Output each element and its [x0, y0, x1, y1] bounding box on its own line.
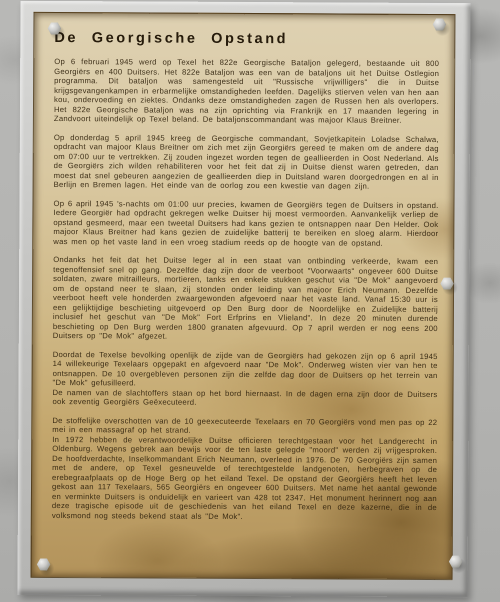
concrete-wall: De Georgische Opstand Op 6 februari 1945…: [0, 0, 500, 602]
plaque-paragraph-4: Ondanks het feit dat het Duitse leger al…: [53, 255, 438, 343]
plaque-paragraph-5: Doordat de Texelse bevolking openlijk de…: [52, 349, 437, 408]
brass-plaque: De Georgische Opstand Op 6 februari 1945…: [31, 12, 456, 580]
plaque-paragraph-1: Op 6 februari 1945 werd op Texel het 822…: [54, 57, 439, 126]
plaque-paragraph-3: Op 6 april 1945 's-nachts om 01:00 uur p…: [53, 199, 438, 249]
plaque-title: De Georgische Opstand: [54, 30, 439, 48]
photo-of-memorial-plaque: { "plaque": { "title": "De Georgische Op…: [0, 0, 500, 602]
plaque-paragraph-6: De stoffelijke overschotten van de 10 ge…: [52, 415, 438, 522]
plaque-paragraph-2: Op donderdag 5 april 1945 kreeg de Georg…: [54, 133, 439, 192]
plaque-assembly: De Georgische Opstand Op 6 februari 1945…: [17, 1, 470, 597]
